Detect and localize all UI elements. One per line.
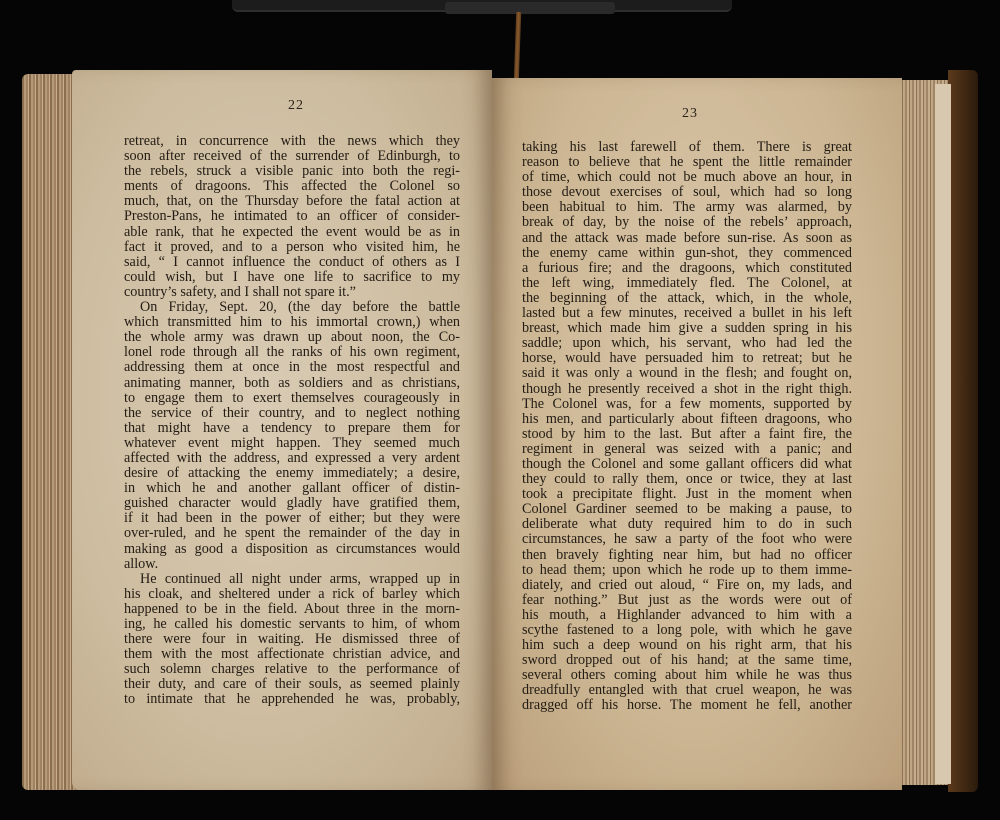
text-line: stood by him to the last. But after a fa… <box>522 427 852 442</box>
page-number: 23 <box>682 106 698 122</box>
text-line: affected with the address, and expressed… <box>124 451 460 466</box>
text-line: scythe fastened to a long pole, with whi… <box>522 623 852 638</box>
text-line: though the Colonel and some gallant offi… <box>522 457 852 472</box>
text-line: desire of attacking the enemy immediatel… <box>124 466 460 481</box>
text-line: took a precipitate flight. Just in the m… <box>522 487 852 502</box>
text-line: a furious fire; and the dragoons, which … <box>522 261 852 276</box>
text-line: much, that, on the Thursday before the f… <box>124 194 460 209</box>
text-line: to head them; upon which he rode up to t… <box>522 563 852 578</box>
text-line: then bravely fighting near him, but had … <box>522 548 852 563</box>
text-line: several others coming about him while he… <box>522 668 852 683</box>
text-line: lasted but a few minutes, received a bul… <box>522 306 852 321</box>
text-line: addressing them at once in the most resp… <box>124 360 460 375</box>
text-line: retreat, in concurrence with the news wh… <box>124 134 460 149</box>
open-book: 22 retreat, in concurrence with the news… <box>0 0 1000 820</box>
text-line: the whole army was drawn up about noon, … <box>124 330 460 345</box>
text-line: fear nothing.” But just as the words wer… <box>522 593 852 608</box>
text-line: those devout exercises of soul, which ha… <box>522 185 852 200</box>
text-line: ments of dragoons. This affected the Col… <box>124 179 460 194</box>
text-line: in which he and another gallant officer … <box>124 481 460 496</box>
page-text: retreat, in concurrence with the news wh… <box>124 134 460 708</box>
text-line: though he presently received a shot in t… <box>522 382 852 397</box>
text-line: said it was only a wound in the flesh; a… <box>522 366 852 381</box>
bookmark-ribbon <box>514 12 521 82</box>
text-line: the rebels, struck a visible panic into … <box>124 164 460 179</box>
text-line: such solemn charges relative to the perf… <box>124 662 460 677</box>
text-line: his men, and particularly about fifteen … <box>522 412 852 427</box>
text-line: lonel rode through all the ranks of his … <box>124 345 460 360</box>
text-line: circumstances, he saw a party of the foo… <box>522 532 852 547</box>
text-line: deliberate what duty required him to do … <box>522 517 852 532</box>
text-line: country’s safety, and I shall not spare … <box>124 285 460 300</box>
text-line: they could to rally them, once or twice,… <box>522 472 852 487</box>
page-number: 22 <box>288 98 304 114</box>
text-line: him such a deep wound on his right arm, … <box>522 638 852 653</box>
text-line: been habitual to him. The army was alarm… <box>522 200 852 215</box>
text-line: if it had been in the power of either; b… <box>124 511 460 526</box>
text-line: guished character would gladly have grat… <box>124 496 460 511</box>
text-line: fact it proved, and to a person who visi… <box>124 240 460 255</box>
text-line: could wish, but I have one life to sacri… <box>124 270 460 285</box>
text-line: He continued all night under arms, wrapp… <box>124 572 460 587</box>
left-page: 22 retreat, in concurrence with the news… <box>72 70 492 790</box>
text-line: there were four in waiting. He dismissed… <box>124 632 460 647</box>
text-line: over-ruled, and he spent the remainder o… <box>124 526 460 541</box>
text-line: said, “ I cannot influence the conduct o… <box>124 255 460 270</box>
book-cradle-knot <box>445 2 615 14</box>
text-line: his mouth, a Highlander advanced to him … <box>522 608 852 623</box>
text-line: that might have a tendency to prepare th… <box>124 421 460 436</box>
text-line: the left wing, immediately fled. The Col… <box>522 276 852 291</box>
text-line: Colonel Gardiner seemed to be making a p… <box>522 502 852 517</box>
text-line: happened to be in the field. About three… <box>124 602 460 617</box>
text-line: their duty, and care of their souls, as … <box>124 677 460 692</box>
text-line: animating manner, both as soldiers and a… <box>124 376 460 391</box>
text-line: the beginning of the attack, which, in t… <box>522 291 852 306</box>
text-line: to intimate that he apprehended he was, … <box>124 692 460 707</box>
text-line: reason to believe that he spent the litt… <box>522 155 852 170</box>
text-line: which transmitted him to his immortal cr… <box>124 315 460 330</box>
text-line: of time, which could not be much above a… <box>522 170 852 185</box>
text-line: soon after received of the surrender of … <box>124 149 460 164</box>
text-line: his cloak, and sheltered under a rick of… <box>124 587 460 602</box>
text-line: diately, and cried out aloud, “ Fire on,… <box>522 578 852 593</box>
right-endpaper <box>935 84 951 784</box>
text-line: saddle; upon which, his servant, who had… <box>522 336 852 351</box>
text-line: able rank, that he expected the event wo… <box>124 225 460 240</box>
text-line: Preston-Pans, he intimated to an officer… <box>124 209 460 224</box>
text-line: dreadfully entangled with that cruel wea… <box>522 683 852 698</box>
text-line: horse, would have persuaded him to retre… <box>522 351 852 366</box>
text-line: taking his last farewell of them. There … <box>522 140 852 155</box>
page-text: taking his last farewell of them. There … <box>522 140 852 714</box>
text-line: On Friday, Sept. 20, (the day before the… <box>124 300 460 315</box>
text-line: and the attack was made before sun-rise.… <box>522 231 852 246</box>
text-line: sword dropped out of his hand; at the sa… <box>522 653 852 668</box>
right-page: 23 taking his last farewell of them. The… <box>492 78 902 790</box>
text-line: ing, he called his domestic servants to … <box>124 617 460 632</box>
right-cover <box>948 70 978 792</box>
text-line: regiment in general was seized with a pa… <box>522 442 852 457</box>
text-line: The Colonel was, for a few moments, supp… <box>522 397 852 412</box>
text-line: whatever event might happen. They seemed… <box>124 436 460 451</box>
text-line: them with the most affectionate christia… <box>124 647 460 662</box>
text-line: making as good a disposition as circumst… <box>124 542 460 557</box>
text-line: allow. <box>124 557 460 572</box>
text-line: break of day, by the noise of the rebels… <box>522 215 852 230</box>
text-line: to engage them to exert themselves coura… <box>124 391 460 406</box>
text-line: dragged off his horse. The moment he fel… <box>522 698 852 713</box>
text-line: breast, which made him give a sudden spr… <box>522 321 852 336</box>
text-line: the enemy came within gun-shot, they com… <box>522 246 852 261</box>
text-line: the service of their country, and to neg… <box>124 406 460 421</box>
